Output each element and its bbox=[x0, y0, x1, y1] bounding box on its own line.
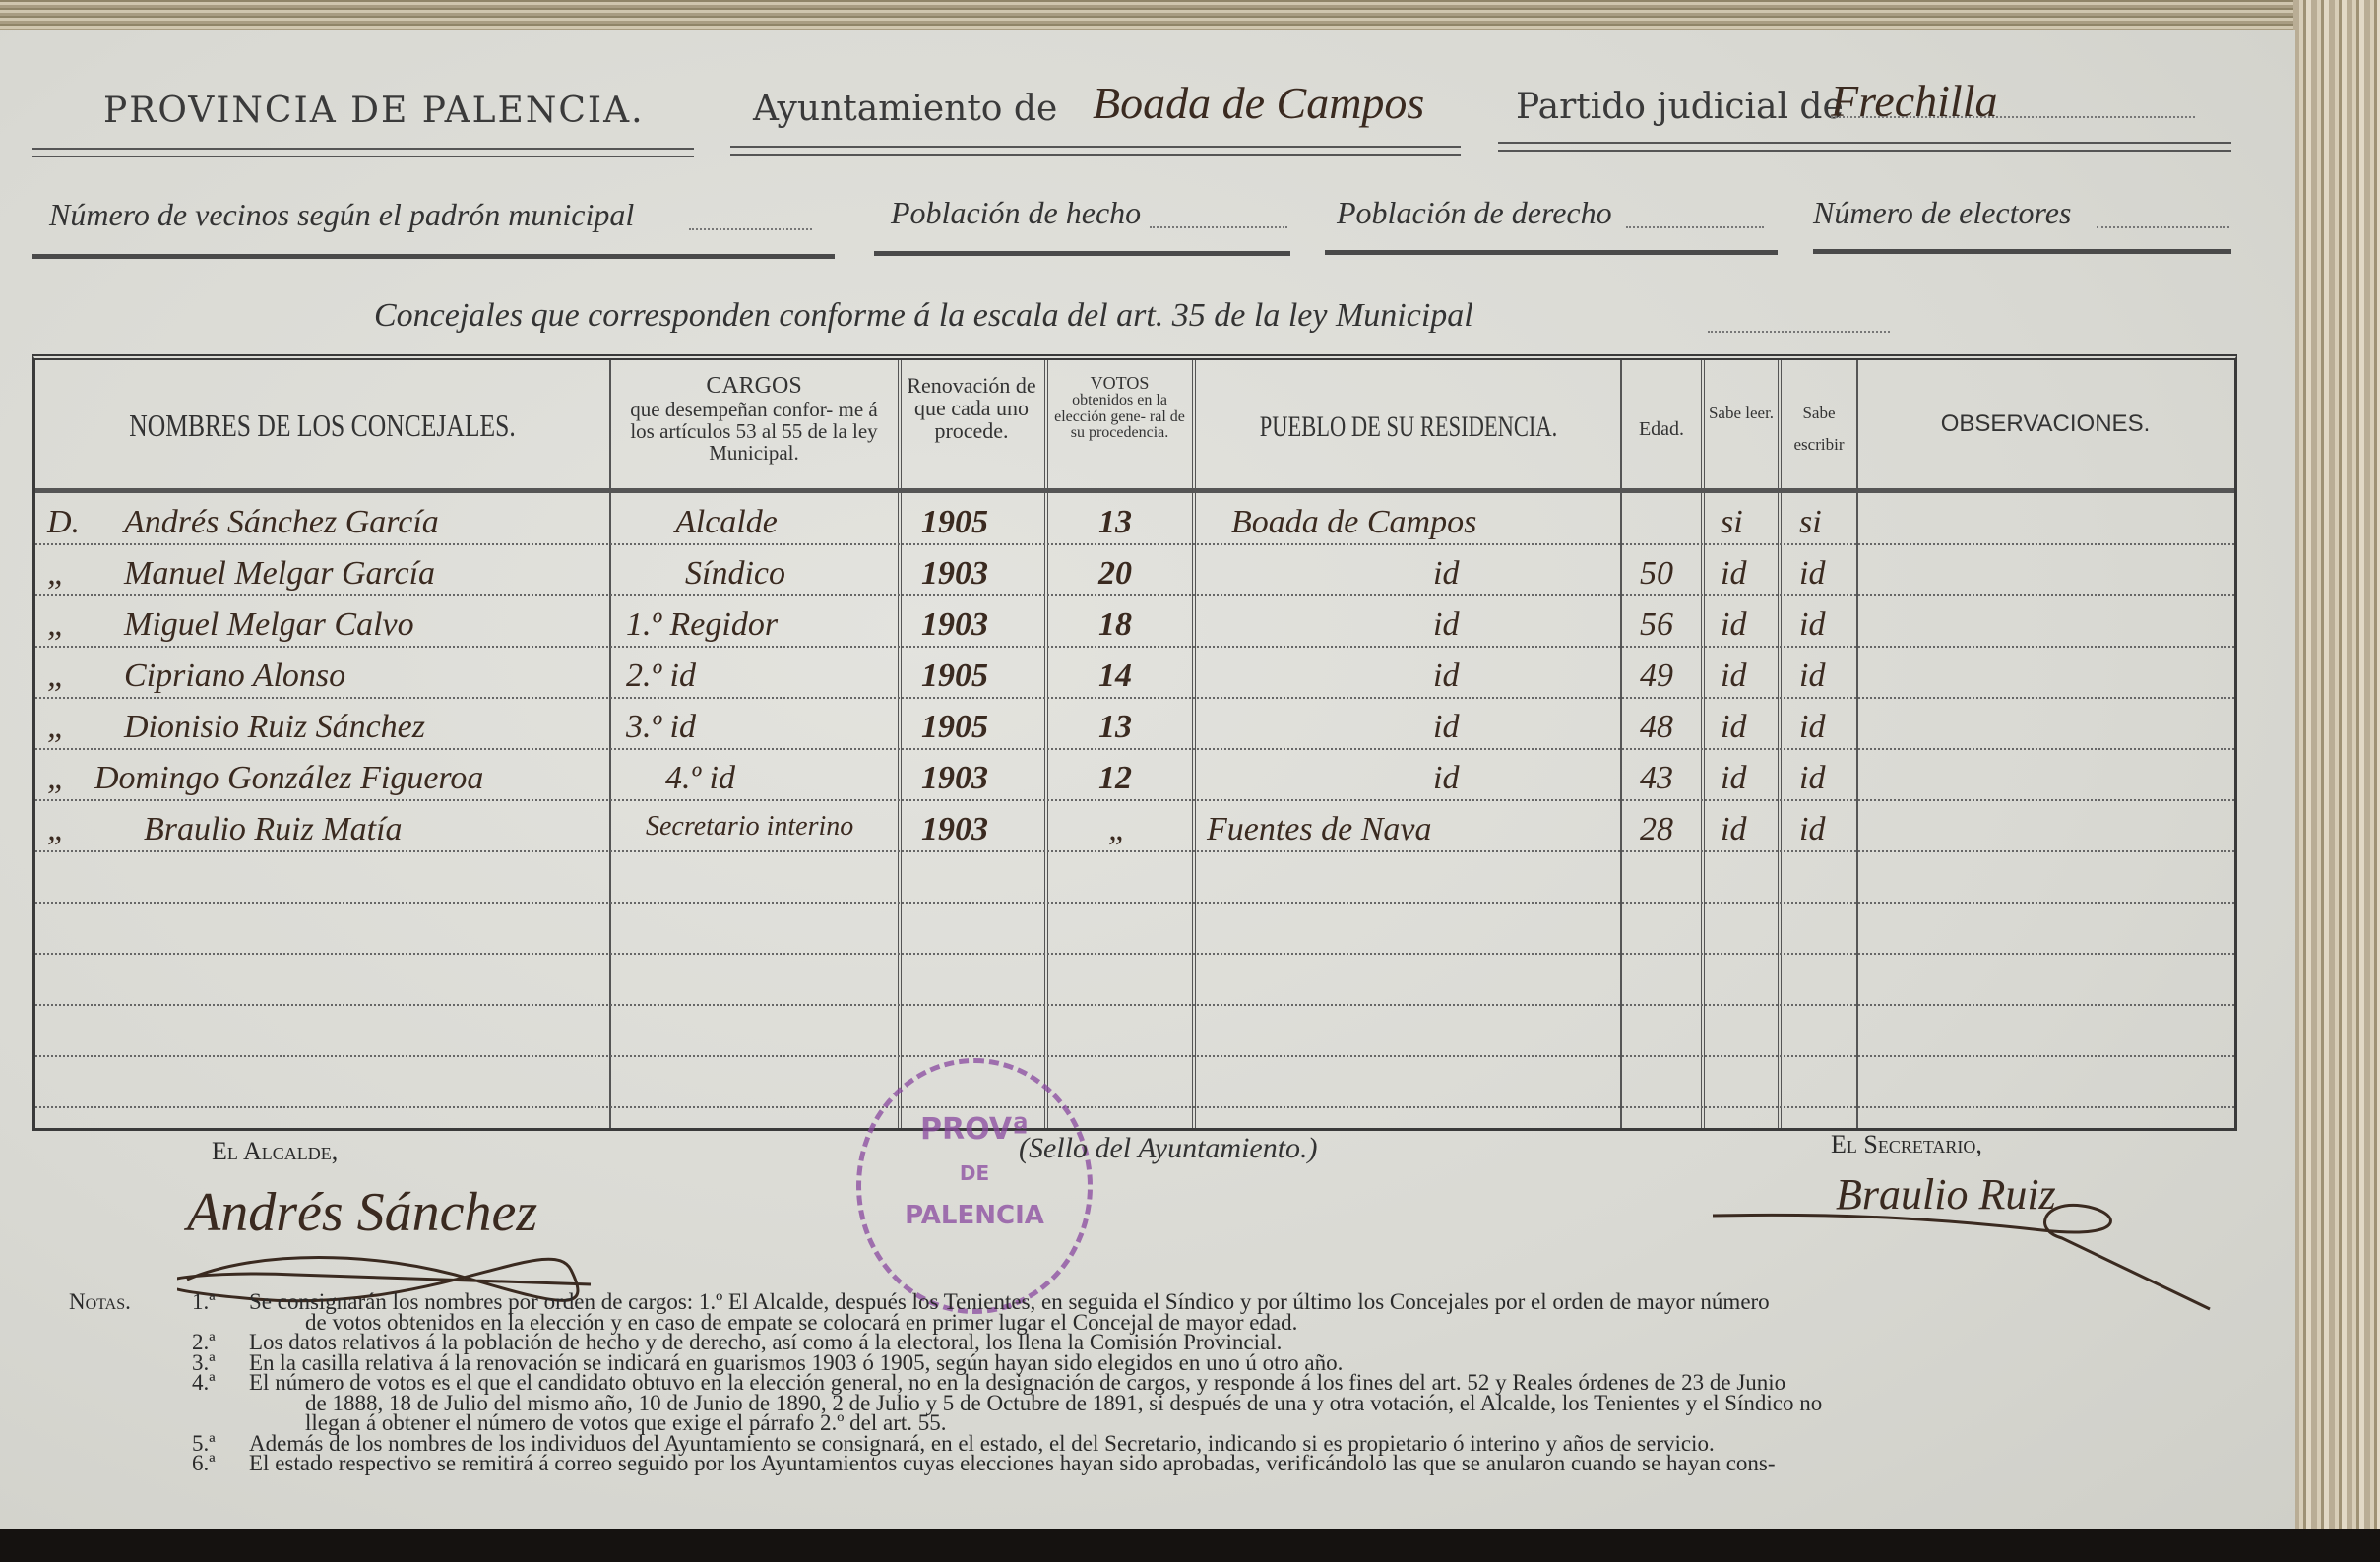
dotted-leader bbox=[1831, 116, 2195, 118]
row-pueblo: id bbox=[1433, 709, 1459, 746]
concejales-line: Concejales que corresponden conforme á l… bbox=[374, 297, 1473, 335]
row-renovacion: 1903 bbox=[921, 811, 988, 848]
alcalde-signature: Andrés Sánchez bbox=[187, 1181, 537, 1244]
row-cargo: Síndico bbox=[685, 555, 785, 593]
header-nombres: NOMBRES DE LOS CONCEJALES. bbox=[93, 409, 551, 443]
note-number: 1.ª bbox=[192, 1292, 216, 1313]
header-edad: Edad. bbox=[1622, 419, 1701, 440]
row-nombre: Andrés Sánchez García bbox=[124, 504, 439, 541]
col-divider bbox=[1620, 360, 1622, 1128]
partido-value: Frechilla bbox=[1831, 75, 1997, 127]
row-cargo: 2.º id bbox=[626, 657, 696, 695]
row-pueblo: id bbox=[1433, 760, 1459, 797]
row-renovacion: 1905 bbox=[921, 504, 988, 541]
row-leer: id bbox=[1721, 657, 1746, 695]
header-rule bbox=[730, 146, 1461, 156]
book-top-edge bbox=[0, 0, 2380, 31]
row-rule bbox=[35, 543, 2234, 545]
row-pueblo: id bbox=[1433, 555, 1459, 593]
signature-flourish bbox=[1708, 1201, 2220, 1319]
row-rule bbox=[35, 953, 2234, 955]
header-observaciones: OBSERVACIONES. bbox=[1858, 411, 2232, 436]
row-pueblo: Fuentes de Nava bbox=[1207, 811, 1432, 848]
row-votos: „ bbox=[1108, 811, 1127, 848]
header-cargos-title: CARGOS bbox=[612, 374, 896, 399]
row-rule bbox=[35, 646, 2234, 648]
row-renovacion: 1905 bbox=[921, 657, 988, 695]
row-renovacion: 1905 bbox=[921, 709, 988, 746]
book-page-edges bbox=[2293, 0, 2380, 1535]
row-nombre: Domingo González Figueroa bbox=[94, 760, 483, 797]
col-divider bbox=[1701, 360, 1705, 1128]
header-votos-sub: obtenidos en la elección gene- ral de su… bbox=[1049, 393, 1190, 442]
row-edad: 48 bbox=[1640, 709, 1673, 746]
row-votos: 12 bbox=[1098, 760, 1132, 797]
row-leer: id bbox=[1721, 709, 1746, 746]
row-rule bbox=[35, 748, 2234, 750]
header-pueblo: PUEBLO DE SU RESIDENCIA. bbox=[1250, 411, 1568, 443]
row-rule bbox=[35, 1106, 2234, 1108]
row-rule bbox=[35, 1055, 2234, 1057]
row-rule bbox=[35, 1004, 2234, 1006]
row-cargo: Alcalde bbox=[675, 504, 778, 541]
header-renovacion: Renovación de que cada uno procede. bbox=[902, 374, 1041, 442]
stamp-line: PALENCIA bbox=[861, 1201, 1088, 1230]
note-number: 6.ª bbox=[192, 1454, 216, 1474]
row-cargo: 1.º Regidor bbox=[626, 606, 778, 644]
col-divider bbox=[898, 360, 902, 1128]
row-rule bbox=[35, 799, 2234, 801]
row-edad: 56 bbox=[1640, 606, 1673, 644]
derecho-label: Población de derecho bbox=[1337, 195, 1612, 231]
notes-label: Notas. bbox=[69, 1292, 131, 1313]
header-sabe-escribir: Sabe escribir bbox=[1782, 398, 1856, 461]
header-rule bbox=[32, 148, 694, 157]
row-leer: id bbox=[1721, 555, 1746, 593]
col-divider bbox=[1192, 360, 1196, 1128]
field-rule bbox=[874, 251, 1290, 256]
row-renovacion: 1903 bbox=[921, 760, 988, 797]
partido-label: Partido judicial de bbox=[1516, 87, 1844, 127]
electores-field bbox=[2097, 226, 2229, 228]
secretario-label: El Secretario, bbox=[1831, 1130, 1982, 1159]
row-escribir: id bbox=[1799, 760, 1825, 797]
row-rule bbox=[35, 697, 2234, 699]
row-pueblo: Boada de Campos bbox=[1231, 504, 1476, 541]
electores-label: Número de electores bbox=[1813, 195, 2071, 231]
header-votos-title: VOTOS bbox=[1049, 374, 1190, 393]
row-nombre: Cipriano Alonso bbox=[124, 657, 345, 695]
concejales-table: NOMBRES DE LOS CONCEJALES. CARGOS que de… bbox=[32, 354, 2237, 1131]
row-edad: 50 bbox=[1640, 555, 1673, 593]
row-cargo: 4.º id bbox=[665, 760, 735, 797]
vecinos-label: Número de vecinos según el padrón munici… bbox=[49, 197, 634, 233]
vecinos-field bbox=[689, 228, 812, 230]
row-leer: id bbox=[1721, 760, 1746, 797]
row-nombre: Braulio Ruiz Matía bbox=[144, 811, 403, 848]
col-divider bbox=[609, 360, 611, 1128]
hecho-field bbox=[1150, 226, 1287, 228]
row-renovacion: 1903 bbox=[921, 555, 988, 593]
row-edad: 43 bbox=[1640, 760, 1673, 797]
row-rule bbox=[35, 902, 2234, 904]
row-pueblo: id bbox=[1433, 606, 1459, 644]
header-cargos-sub: que desempeñan confor- me á los artículo… bbox=[612, 399, 896, 464]
row-nombre: Miguel Melgar Calvo bbox=[124, 606, 414, 644]
note-number: 4.ª bbox=[192, 1373, 216, 1394]
row-prefix: „ bbox=[47, 760, 66, 797]
scan-background bbox=[0, 1529, 2380, 1562]
header-separator bbox=[35, 488, 2234, 493]
row-nombre: Dionisio Ruiz Sánchez bbox=[124, 709, 425, 746]
sello-label: (Sello del Ayuntamiento.) bbox=[1019, 1132, 1318, 1165]
row-rule bbox=[35, 850, 2234, 852]
row-cargo: 3.º id bbox=[626, 709, 696, 746]
field-rule bbox=[1325, 250, 1778, 255]
header-rule bbox=[1498, 142, 2231, 152]
ayuntamiento-stamp: PROVª DE PALENCIA bbox=[856, 1058, 1093, 1314]
field-rule bbox=[1813, 249, 2231, 254]
header-sabe-leer: Sabe leer. bbox=[1705, 398, 1778, 429]
row-votos: 20 bbox=[1098, 555, 1132, 593]
row-votos: 13 bbox=[1098, 709, 1132, 746]
field-rule bbox=[32, 254, 835, 259]
row-leer: id bbox=[1721, 606, 1746, 644]
row-pueblo: id bbox=[1433, 657, 1459, 695]
row-leer: si bbox=[1721, 504, 1743, 541]
row-nombre: Manuel Melgar García bbox=[124, 555, 435, 593]
alcalde-label: El Alcalde, bbox=[212, 1137, 338, 1166]
derecho-field bbox=[1626, 226, 1764, 228]
ayuntamiento-value: Boada de Campos bbox=[1093, 77, 1424, 129]
province-title: PROVINCIA DE PALENCIA. bbox=[103, 91, 645, 131]
row-escribir: id bbox=[1799, 555, 1825, 593]
row-escribir: id bbox=[1799, 709, 1825, 746]
row-escribir: id bbox=[1799, 811, 1825, 848]
col-divider bbox=[1044, 360, 1048, 1128]
row-prefix: D. bbox=[47, 504, 80, 541]
row-votos: 14 bbox=[1098, 657, 1132, 695]
col-divider bbox=[1856, 360, 1858, 1128]
note-text: El estado respectivo se remitirá á corre… bbox=[249, 1454, 1776, 1474]
row-prefix: „ bbox=[47, 709, 66, 746]
hecho-label: Población de hecho bbox=[891, 195, 1141, 231]
concejales-field bbox=[1708, 331, 1890, 333]
row-prefix: „ bbox=[47, 811, 66, 848]
row-prefix: „ bbox=[47, 606, 66, 644]
row-leer: id bbox=[1721, 811, 1746, 848]
row-renovacion: 1903 bbox=[921, 606, 988, 644]
ayuntamiento-label: Ayuntamiento de bbox=[753, 89, 1057, 129]
row-prefix: „ bbox=[47, 555, 66, 593]
row-edad: 28 bbox=[1640, 811, 1673, 848]
row-votos: 13 bbox=[1098, 504, 1132, 541]
row-escribir: id bbox=[1799, 606, 1825, 644]
header-votos: VOTOS obtenidos en la elección gene- ral… bbox=[1049, 374, 1190, 442]
row-escribir: si bbox=[1799, 504, 1822, 541]
header-cargos: CARGOS que desempeñan confor- me á los a… bbox=[612, 374, 896, 464]
row-edad: 49 bbox=[1640, 657, 1673, 695]
row-prefix: „ bbox=[47, 657, 66, 695]
row-cargo: Secretario interino bbox=[646, 811, 853, 843]
row-escribir: id bbox=[1799, 657, 1825, 695]
col-divider bbox=[1778, 360, 1782, 1128]
row-votos: 18 bbox=[1098, 606, 1132, 644]
row-rule bbox=[35, 594, 2234, 596]
